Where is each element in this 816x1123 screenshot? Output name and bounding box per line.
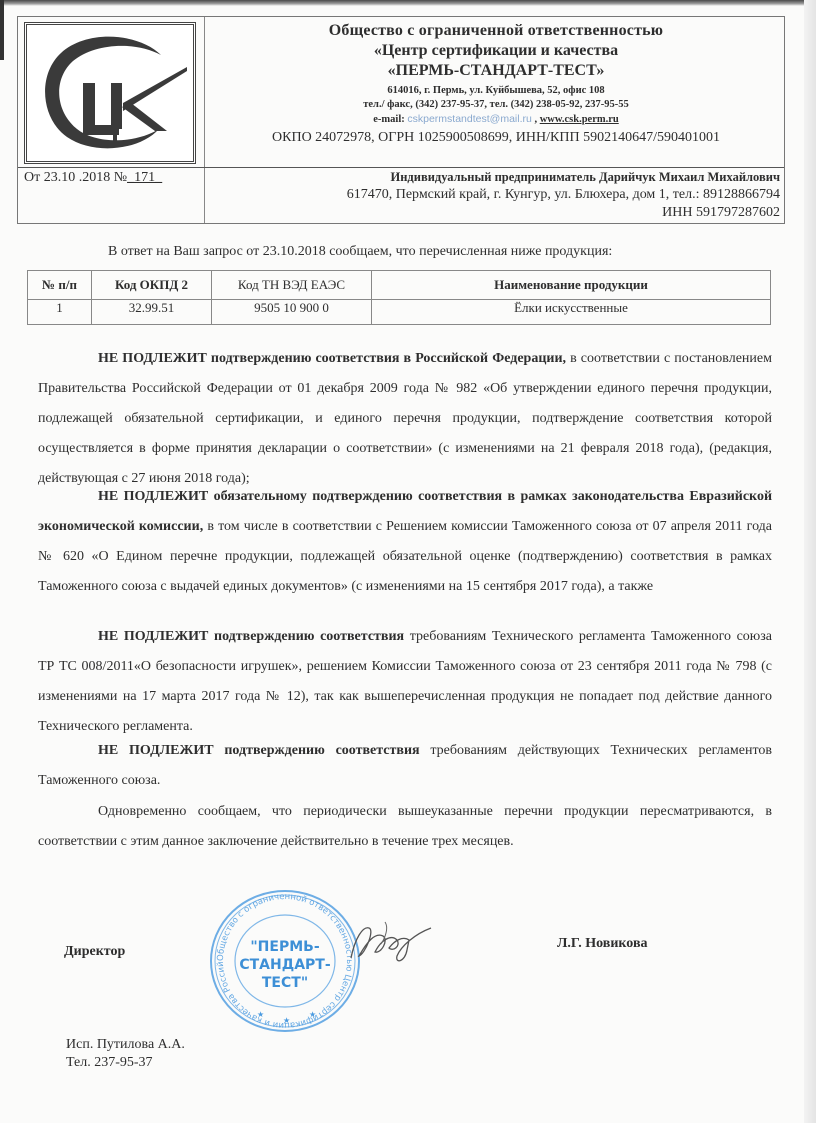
org-name-line1: «Центр сертификации и качества: [208, 41, 784, 61]
table-cell: Ёлки искусственные: [372, 300, 771, 325]
signatory-name: Л.Г. Новикова: [557, 936, 648, 952]
scan-edge: [804, 0, 816, 1123]
table-cell: 32.99.51: [92, 300, 212, 325]
company-stamp: Общество с ограниченной ответственностью…: [205, 887, 365, 1040]
paragraph-tech-regulations: НЕ ПОДЛЕЖИТ подтверждению соответствия т…: [38, 736, 772, 796]
bold-phrase: подтверждению соответствия в Российской …: [207, 351, 566, 366]
intro-text: В ответ на Ваш запрос от 23.10.2018 сооб…: [108, 244, 612, 260]
handwritten-signature: [345, 918, 435, 971]
signature-icon: [345, 918, 435, 966]
divider: [204, 17, 205, 223]
paragraph-text: в соответствии с постановлением Правител…: [38, 351, 772, 486]
recipient-name: Индивидуальный предприниматель Дарийчук …: [208, 169, 780, 186]
outgoing-date: От 23.10 .2018 №: [24, 170, 127, 185]
paragraph-eurasian-commission: НЕ ПОДЛЕЖИТ обязательному подтверждению …: [38, 482, 772, 602]
recipient-inn: ИНН 591797287602: [208, 204, 780, 222]
svg-text:★: ★: [283, 1016, 290, 1025]
bold-phrase: НЕ ПОДЛЕЖИТ: [98, 629, 208, 644]
divider: [18, 167, 784, 168]
bold-phrase: НЕ ПОДЛЕЖИТ: [98, 351, 207, 366]
product-table: № п/п Код ОКПД 2 Код ТН ВЭД ЕАЭС Наимено…: [27, 270, 771, 325]
executor-block: Исп. Путилова А.А. Тел. 237-95-37: [66, 1036, 185, 1072]
document-number: _171_: [127, 170, 162, 185]
org-phones: тел./ факс, (342) 237-95-37, тел. (342) …: [208, 98, 784, 112]
scan-edge: [0, 0, 4, 60]
email-label: e-mail:: [373, 114, 407, 125]
table-row: 1 32.99.51 9505 10 900 0 Ёлки искусствен…: [28, 300, 771, 325]
recipient-address: 617470, Пермский край, г. Кунгур, ул. Бл…: [208, 186, 780, 204]
organization-info: Общество с ограниченной ответственностью…: [208, 21, 784, 148]
bold-phrase: подтверждению соответствия: [208, 629, 404, 644]
svg-text:★: ★: [257, 1010, 264, 1019]
org-type: Общество с ограниченной ответственностью: [208, 21, 784, 41]
column-header: Наименование продукции: [372, 271, 771, 300]
company-logo: [24, 22, 196, 164]
email-link[interactable]: cskpermstandtest@mail.ru: [407, 113, 531, 125]
executor-name: Исп. Путилова А.А.: [66, 1036, 185, 1054]
table-header-row: № п/п Код ОКПД 2 Код ТН ВЭД ЕАЭС Наимено…: [28, 271, 771, 300]
stamp-text: ТЕСТ": [262, 975, 308, 991]
separator: ,: [532, 114, 540, 125]
ck-logo-icon: [27, 25, 193, 161]
column-header: Код ОКПД 2: [92, 271, 212, 300]
signatory-position: Директор: [64, 944, 125, 960]
executor-phone: Тел. 237-95-37: [66, 1054, 185, 1072]
column-header: Код ТН ВЭД ЕАЭС: [212, 271, 372, 300]
bold-phrase: НЕ ПОДЛЕЖИТ: [98, 743, 214, 758]
scan-edge: [0, 0, 816, 6]
paragraph-text: требованиям Технического регламента Тамо…: [38, 629, 772, 734]
bold-phrase: подтверждению соответствия: [214, 743, 420, 758]
bold-phrase: НЕ ПОДЛЕЖИТ: [98, 489, 208, 504]
stamp-icon: Общество с ограниченной ответственностью…: [205, 887, 365, 1035]
paragraph-toy-safety: НЕ ПОДЛЕЖИТ подтверждению соответствия т…: [38, 622, 772, 742]
stamp-text: "ПЕРМЬ-: [250, 939, 319, 955]
column-header: № п/п: [28, 271, 92, 300]
website-link[interactable]: www.csk.perm.ru: [540, 114, 619, 125]
table-cell: 1: [28, 300, 92, 325]
recipient-block: Индивидуальный предприниматель Дарийчук …: [208, 169, 780, 222]
org-address: 614016, г. Пермь, ул. Куйбышева, 52, офи…: [208, 83, 784, 98]
org-contacts: e-mail: cskpermstandtest@mail.ru , www.c…: [208, 112, 784, 127]
outgoing-number: От 23.10 .2018 №_171_: [24, 170, 162, 186]
table-cell: 9505 10 900 0: [212, 300, 372, 325]
stamp-text: СТАНДАРТ-: [239, 957, 330, 973]
org-registry-codes: ОКПО 24072978, ОГРН 1025900508699, ИНН/К…: [208, 128, 784, 148]
paragraph-russian-federation: НЕ ПОДЛЕЖИТ подтверждению соответствия в…: [38, 344, 772, 494]
org-name-line2: «ПЕРМЬ-СТАНДАРТ-ТЕСТ»: [208, 61, 784, 81]
paragraph-validity: Одновременно сообщаем, что периодически …: [38, 797, 772, 857]
svg-text:★: ★: [309, 1010, 316, 1019]
letterhead: Общество с ограниченной ответственностью…: [17, 16, 785, 224]
